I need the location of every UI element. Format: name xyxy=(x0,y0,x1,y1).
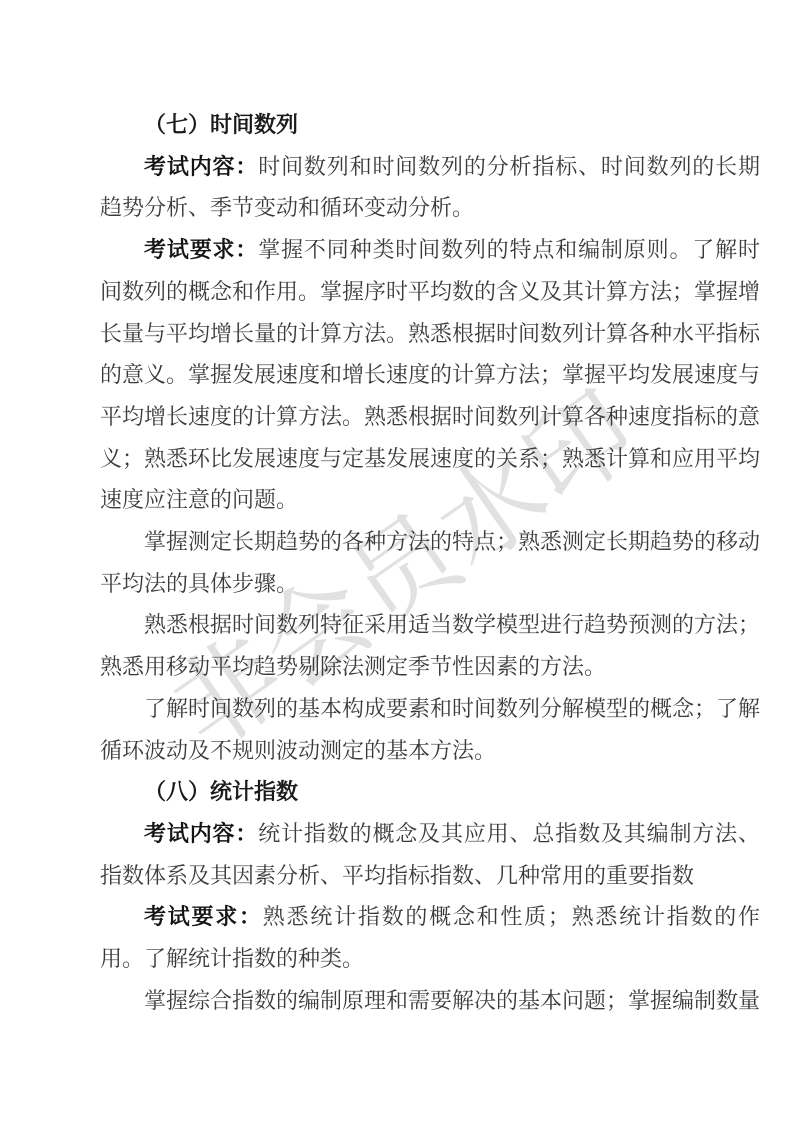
section-heading-7-time-series: （七）时间数列 xyxy=(100,104,760,146)
document-page: 非会员水印 （七）时间数列 考试内容：时间数列和时间数列的分析指标、时间数列的长… xyxy=(0,0,794,1123)
paragraph-text: 了解时间数列的基本构成要素和时间数列分解模型的概念；了解循环波动及不规则波动测定… xyxy=(100,696,760,763)
paragraph-lead-label: 考试要求： xyxy=(144,237,258,262)
section-heading-8-statistical-index: （八）统计指数 xyxy=(100,771,760,813)
paragraph-lead-label: 考试内容： xyxy=(144,154,258,179)
paragraph-text: 掌握不同种类时间数列的特点和编制原则。了解时间数列的概念和作用。掌握序时平均数的… xyxy=(100,237,760,512)
paragraph-text: 熟悉根据时间数列特征采用适当数学模型进行趋势预测的方法；熟悉用移动平均趋势剔除法… xyxy=(100,612,760,679)
paragraph-composite-index: 掌握综合指数的编制原理和需要解决的基本问题；掌握编制数量 xyxy=(100,980,760,1022)
paragraph-lead-label: 考试内容： xyxy=(144,821,258,846)
paragraph-exam-requirements-7: 考试要求：掌握不同种类时间数列的特点和编制原则。了解时间数列的概念和作用。掌握序… xyxy=(100,229,760,521)
paragraph-decomposition-model: 了解时间数列的基本构成要素和时间数列分解模型的概念；了解循环波动及不规则波动测定… xyxy=(100,688,760,771)
paragraph-exam-content-7: 考试内容：时间数列和时间数列的分析指标、时间数列的长期趋势分析、季节变动和循环变… xyxy=(100,146,760,229)
paragraph-trend-methods: 掌握测定长期趋势的各种方法的特点；熟悉测定长期趋势的移动平均法的具体步骤。 xyxy=(100,521,760,604)
paragraph-exam-requirements-8: 考试要求：熟悉统计指数的概念和性质；熟悉统计指数的作用。了解统计指数的种类。 xyxy=(100,896,760,979)
paragraph-exam-content-8: 考试内容：统计指数的概念及其应用、总指数及其编制方法、指数体系及其因素分析、平均… xyxy=(100,813,760,896)
paragraph-lead-label: 考试要求： xyxy=(144,904,263,929)
paragraph-text: 掌握综合指数的编制原理和需要解决的基本问题；掌握编制数量 xyxy=(144,988,760,1013)
paragraph-trend-forecast: 熟悉根据时间数列特征采用适当数学模型进行趋势预测的方法；熟悉用移动平均趋势剔除法… xyxy=(100,604,760,687)
paragraph-text: 掌握测定长期趋势的各种方法的特点；熟悉测定长期趋势的移动平均法的具体步骤。 xyxy=(100,529,760,596)
document-content: （七）时间数列 考试内容：时间数列和时间数列的分析指标、时间数列的长期趋势分析、… xyxy=(100,104,760,1021)
